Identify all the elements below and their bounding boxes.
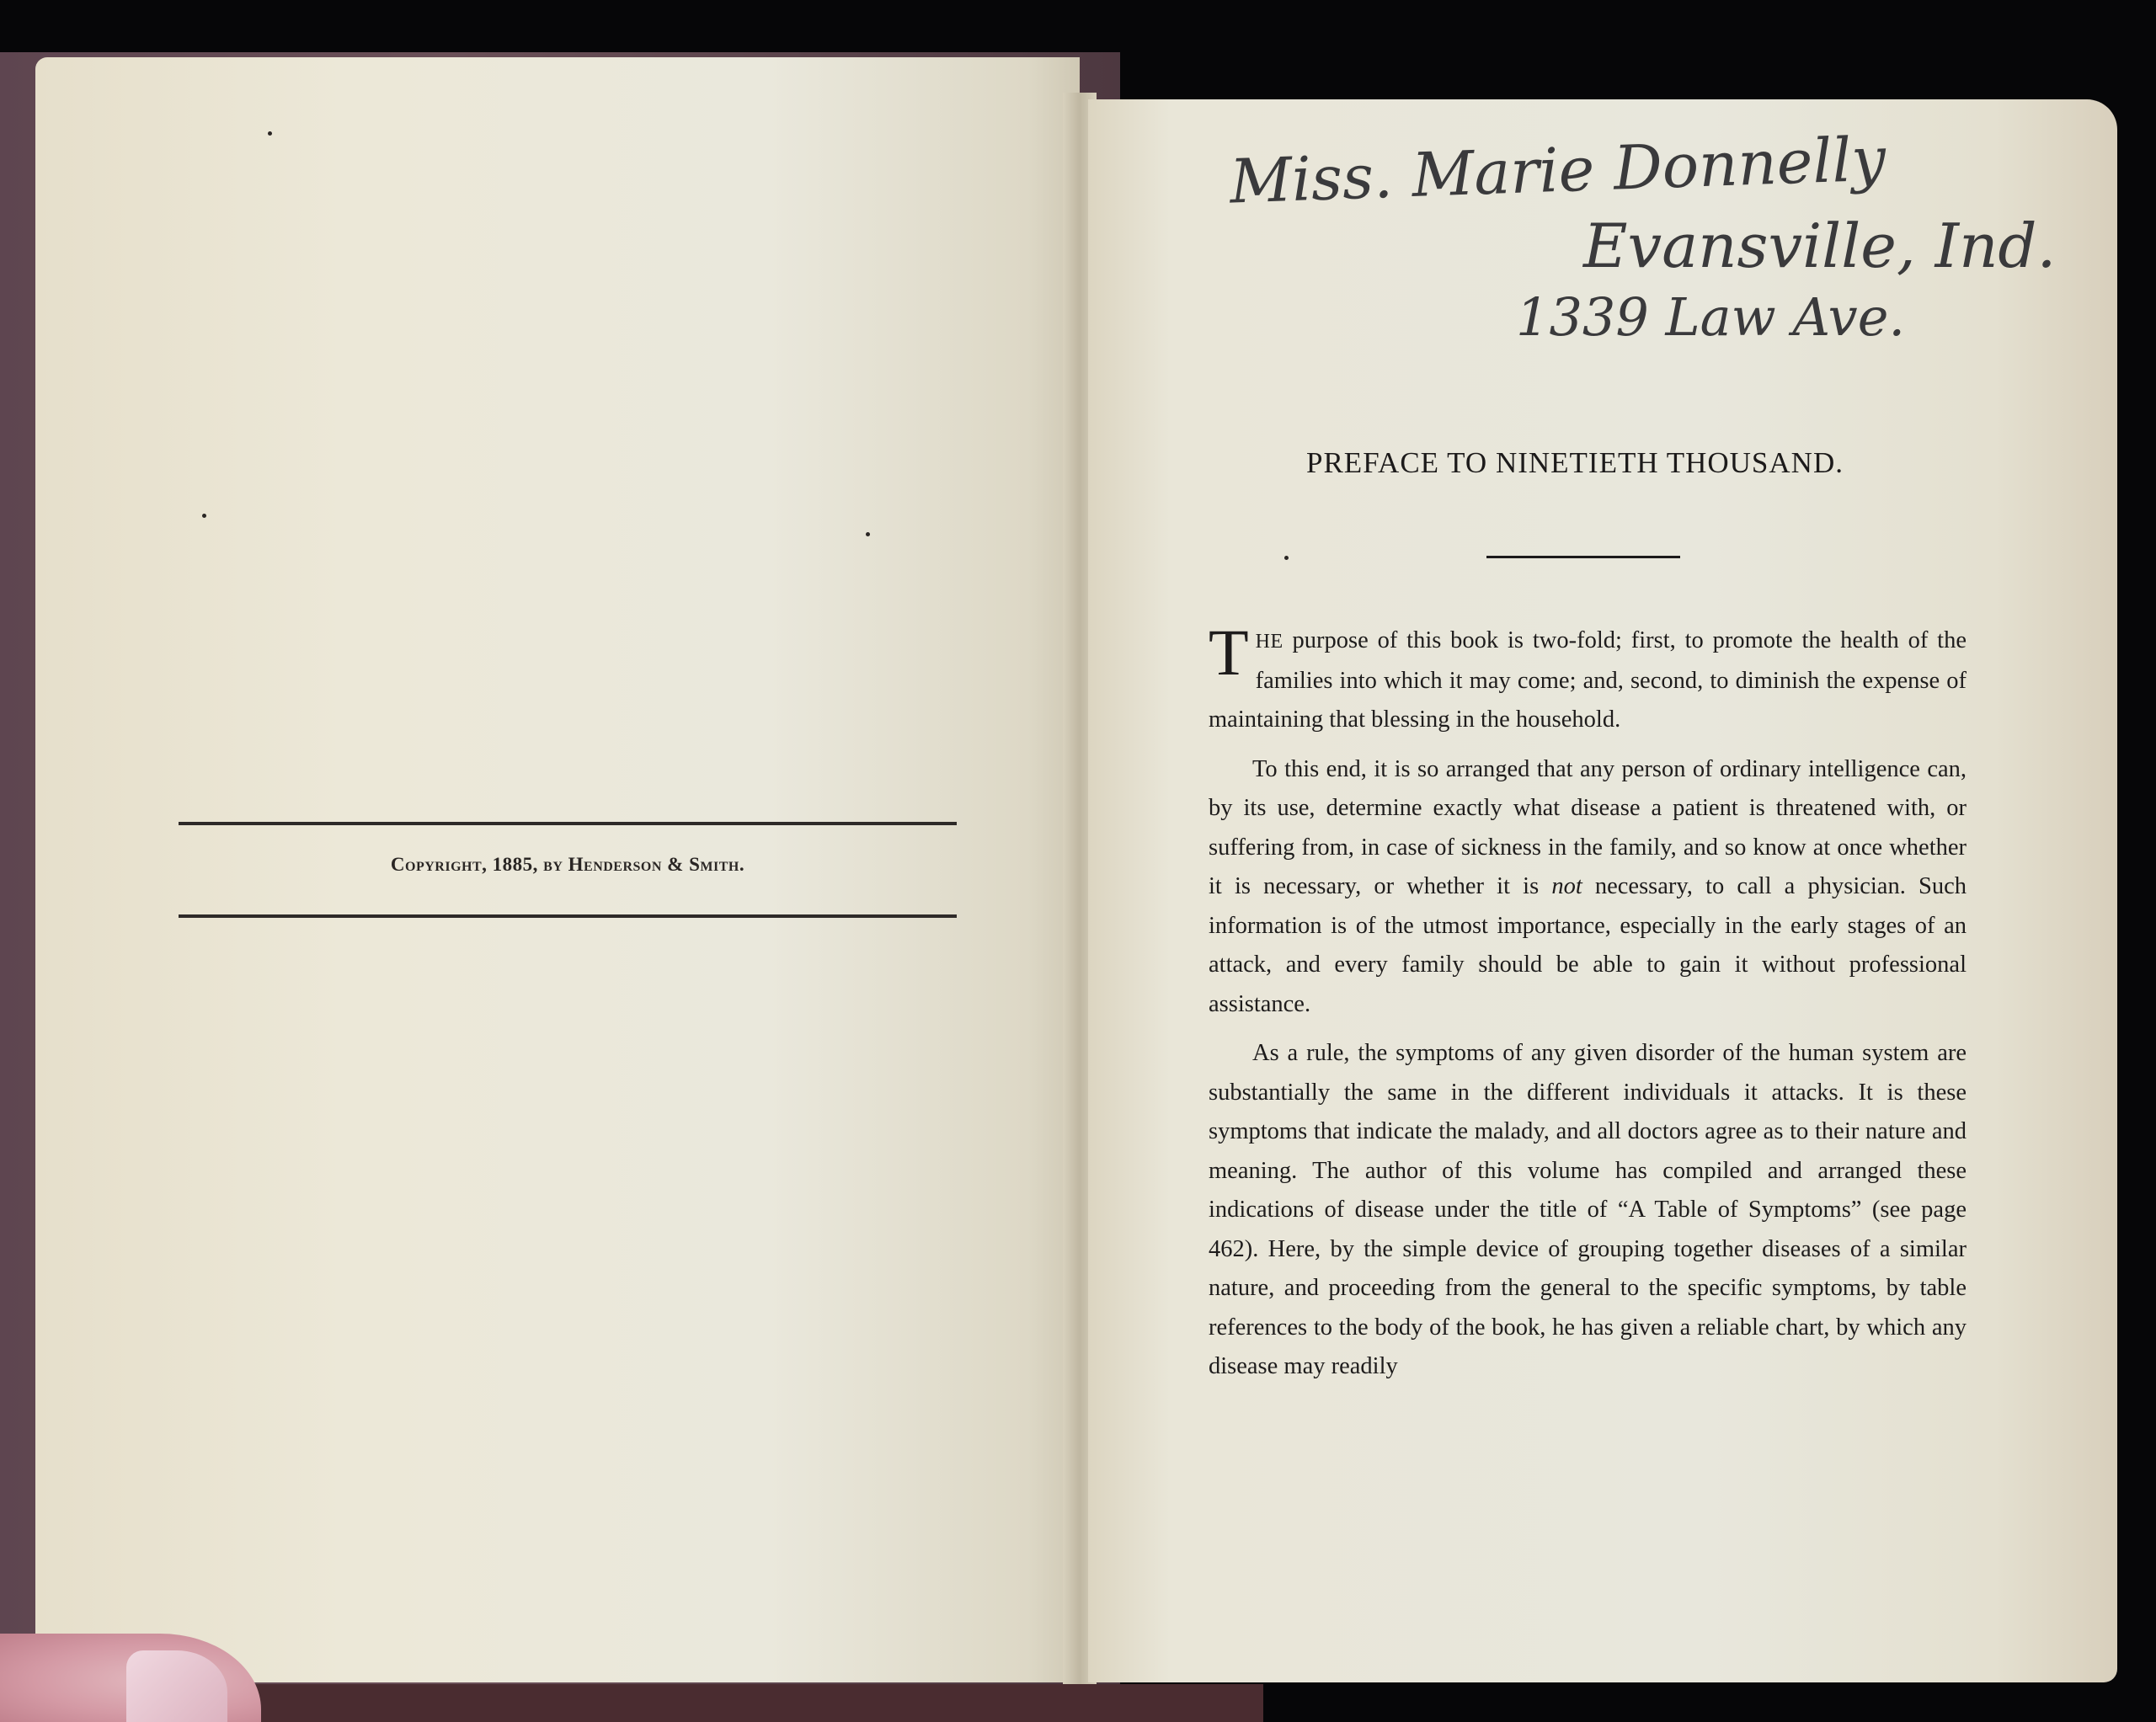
paragraph-1: THE purpose of this book is two-fold; fi… [1209,621,1967,740]
paragraph-2-italic: not [1551,873,1582,899]
copyright-bottom-rule [179,914,957,918]
heading-divider [1486,556,1680,558]
preface-body: THE purpose of this book is two-fold; fi… [1209,621,1967,1397]
paper-speck [202,514,206,518]
inscription-address: 1339 Law Ave. [1516,286,1905,348]
paragraph-3: As a rule, the symptoms of any given dis… [1209,1034,1967,1387]
dropcap-continuation: HE [1256,631,1283,653]
paragraph-1-text: purpose of this book is two-fold; first,… [1209,627,1967,733]
inscription-city: Evansville, Ind. [1583,211,2056,281]
preface-heading: PREFACE TO NINETIETH THOUSAND. [1196,446,1954,480]
paragraph-3-text: As a rule, the symptoms of any given dis… [1209,1040,1967,1379]
copyright-line: Copyright, 1885, by Henderson & Smith. [179,854,957,876]
paper-speck [268,131,272,136]
copyright-top-rule [179,822,957,825]
paper-speck [1284,556,1289,560]
paragraph-2: To this end, it is so arranged that any … [1209,750,1967,1025]
dropcap: T [1209,625,1249,680]
paper-speck [866,532,870,536]
